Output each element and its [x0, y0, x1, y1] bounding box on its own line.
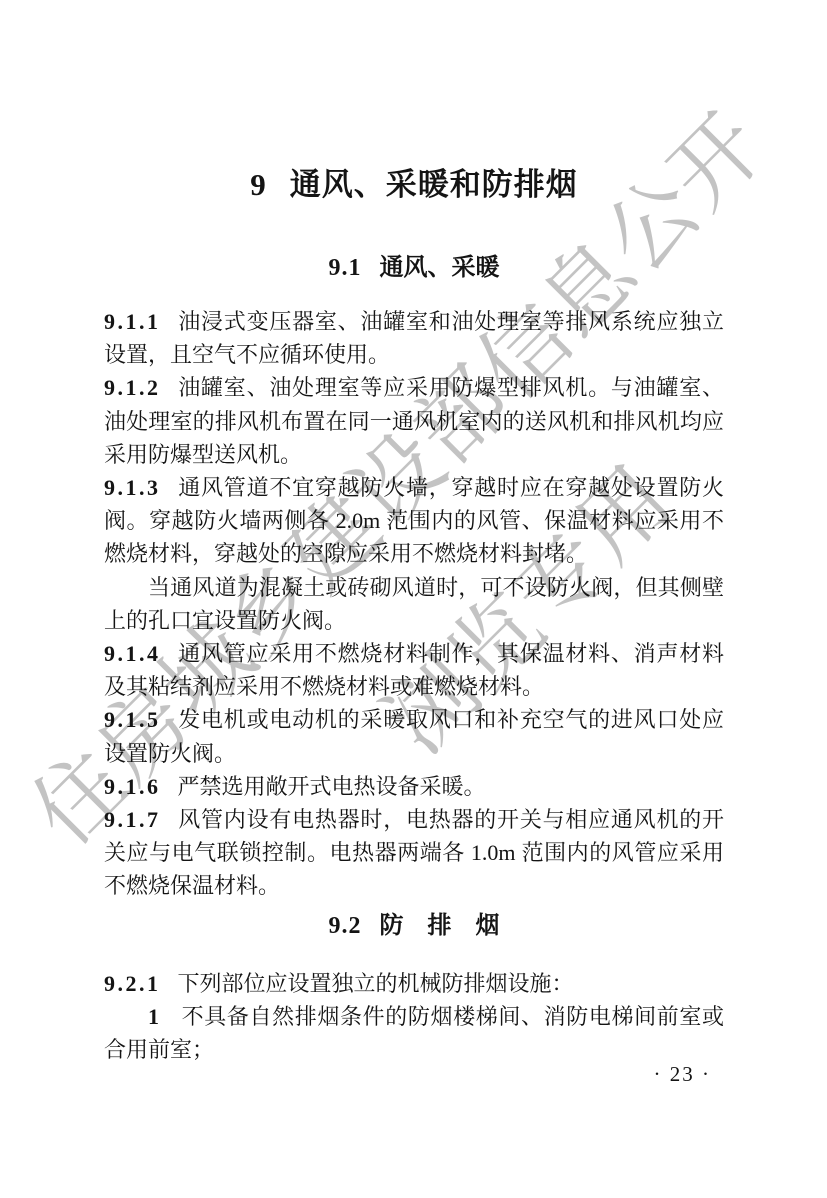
clause-9-1-7-number: 9.1.7: [104, 807, 161, 832]
clause-9-1-4-number: 9.1.4: [104, 641, 161, 666]
clause-9-1-2-number: 9.1.2: [104, 375, 161, 400]
section-9-1-body: 9.1.1油浸式变压器室、油罐室和油处理室等排风系统应独立设置，且空气不应循环使…: [104, 305, 724, 903]
clause-9-1-4: 9.1.4通风管应采用不燃烧材料制作，其保温材料、消声材料及其粘结剂应采用不燃烧…: [104, 637, 724, 703]
clause-9-1-3-text: 通风管道不宜穿越防火墙，穿越时应在穿越处设置防火阀。穿越防火墙两侧各 2.0m …: [104, 475, 724, 566]
section-9-2-title-text: 防 排 烟: [380, 913, 500, 939]
clause-9-1-7: 9.1.7风管内设有电热器时，电热器的开关与相应通风机的开关应与电气联锁控制。电…: [104, 803, 724, 903]
chapter-title-text: 通风、采暖和防排烟: [290, 167, 578, 202]
clause-9-1-7-text: 风管内设有电热器时，电热器的开关与相应通风机的开关应与电气联锁控制。电热器两端各…: [104, 807, 724, 898]
list-item-1-text: 不具备自然排烟条件的防烟楼梯间、消防电梯间前室或合用前室；: [104, 1004, 724, 1062]
section-heading-9-2: 9.2防 排 烟: [104, 911, 724, 941]
text-column: 9通风、采暖和防排烟 9.1通风、采暖 9.1.1油浸式变压器室、油罐室和油处理…: [104, 0, 724, 1066]
page-number: · 23 ·: [654, 1062, 712, 1087]
clause-9-1-1: 9.1.1油浸式变压器室、油罐室和油处理室等排风系统应独立设置，且空气不应循环使…: [104, 305, 724, 371]
clause-9-1-6-text: 严禁选用敞开式电热设备采暖。: [178, 774, 486, 799]
chapter-title: 9通风、采暖和防排烟: [104, 166, 724, 204]
section-9-2-body: 9.2.1下列部位应设置独立的机械防排烟设施： 1不具备自然排烟条件的防烟楼梯间…: [104, 967, 724, 1067]
clause-9-1-3-paragraph: 当通风道为混凝土或砖砌风道时，可不设防火阀，但其侧壁上的孔口宜设置防火阀。: [104, 571, 724, 637]
clause-9-2-1-number: 9.2.1: [104, 971, 161, 996]
section-heading-9-1: 9.1通风、采暖: [104, 253, 724, 283]
list-item-1: 1不具备自然排烟条件的防烟楼梯间、消防电梯间前室或合用前室；: [104, 1000, 724, 1066]
section-9-1-title-text: 通风、采暖: [380, 255, 500, 281]
clause-9-2-1: 9.2.1下列部位应设置独立的机械防排烟设施：: [104, 967, 724, 1000]
clause-9-1-2: 9.1.2油罐室、油处理室等应采用防爆型排风机。与油罐室、油处理室的排风机布置在…: [104, 371, 724, 471]
clause-9-1-6: 9.1.6严禁选用敞开式电热设备采暖。: [104, 770, 724, 803]
clause-9-1-5-text: 发电机或电动机的采暖取风口和补充空气的进风口处应设置防火阀。: [104, 707, 724, 765]
clause-9-1-1-number: 9.1.1: [104, 309, 161, 334]
clause-9-1-2-text: 油罐室、油处理室等应采用防爆型排风机。与油罐室、油处理室的排风机布置在同一通风机…: [104, 375, 724, 466]
clause-9-1-1-text: 油浸式变压器室、油罐室和油处理室等排风系统应独立设置，且空气不应循环使用。: [104, 309, 724, 367]
clause-9-1-5-number: 9.1.5: [104, 707, 161, 732]
clause-9-1-3: 9.1.3通风管道不宜穿越防火墙，穿越时应在穿越处设置防火阀。穿越防火墙两侧各 …: [104, 471, 724, 571]
section-9-1-number: 9.1: [329, 255, 362, 281]
chapter-number: 9: [250, 167, 266, 202]
clause-9-1-5: 9.1.5发电机或电动机的采暖取风口和补充空气的进风口处应设置防火阀。: [104, 703, 724, 769]
clause-9-1-6-number: 9.1.6: [104, 774, 161, 799]
clause-9-1-3-number: 9.1.3: [104, 475, 161, 500]
list-item-1-number: 1: [148, 1004, 159, 1029]
section-9-2-number: 9.2: [329, 913, 362, 939]
document-page: 住房城乡建设部信息公开 浏览专用 9通风、采暖和防排烟 9.1通风、采暖 9.1…: [0, 0, 827, 1198]
clause-9-1-4-text: 通风管应采用不燃烧材料制作，其保温材料、消声材料及其粘结剂应采用不燃烧材料或难燃…: [104, 641, 724, 699]
clause-9-2-1-text: 下列部位应设置独立的机械防排烟设施：: [178, 971, 574, 996]
clause-9-1-3-paragraph-text: 当通风道为混凝土或砖砌风道时，可不设防火阀，但其侧壁上的孔口宜设置防火阀。: [104, 575, 724, 633]
